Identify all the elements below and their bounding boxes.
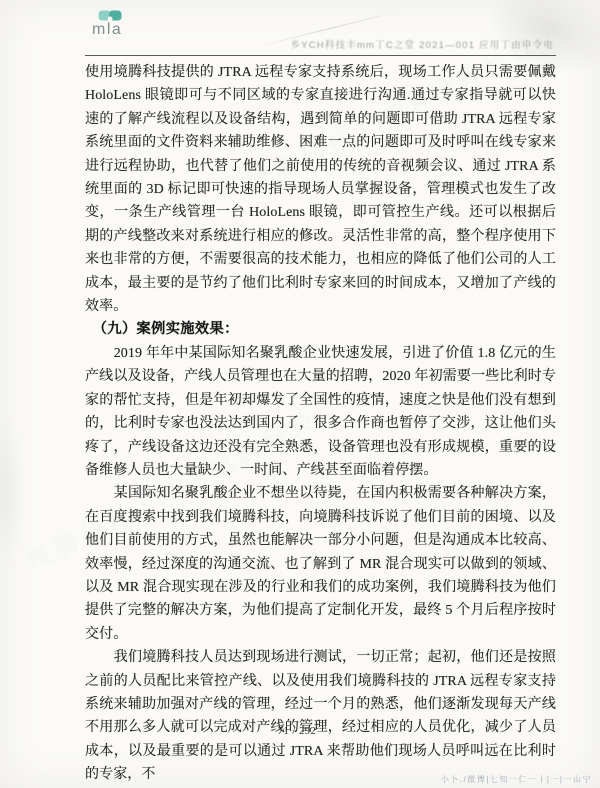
company-logo: mla ⋯⋯⋯⋯ [92,10,122,43]
doc-reference-header: 乡YCH科技丰mm丁C之堂 2021—001 应用丁由申令电 [290,37,554,51]
logo-text: mla [92,22,122,37]
document-page: 境腾科技JTRA境腾科技 境腾科技JTRA境腾科技 mla ⋯⋯⋯⋯ 乡YCH科… [0,0,600,788]
corner-watermark: 小卜./微博|七知一仁一丨|一|一山宁 [441,774,592,785]
logo-tagline: ⋯⋯⋯⋯ [92,37,122,43]
document-body: 使用境腾科技提供的 JTRA 远程专家支持系统后，现场工作人员只需要佩戴 Hol… [85,61,556,787]
header-divider [85,55,556,56]
paragraph: 我们境腾科技人员达到现场进行测试，一切正常；起初，他们还是按照之前的人员配比来管… [85,646,556,786]
scan-smudge-left-edge [0,380,35,600]
paragraph-continuation: 使用境腾科技提供的 JTRA 远程专家支持系统后，现场工作人员只需要佩戴 Hol… [85,61,556,318]
paragraph: 某国际知名聚乳酸企业不想坐以待毙，在国内积极需要各种解决方案，在百度搜索中找到我… [85,482,556,646]
page-number: 71 / 292 [0,726,594,737]
section-heading: （九）案例实施效果： [85,318,556,341]
paragraph: 2019 年年中某国际知名聚乳酸企业快速发展，引进了价值 1.8 亿元的生产线以… [85,342,556,482]
